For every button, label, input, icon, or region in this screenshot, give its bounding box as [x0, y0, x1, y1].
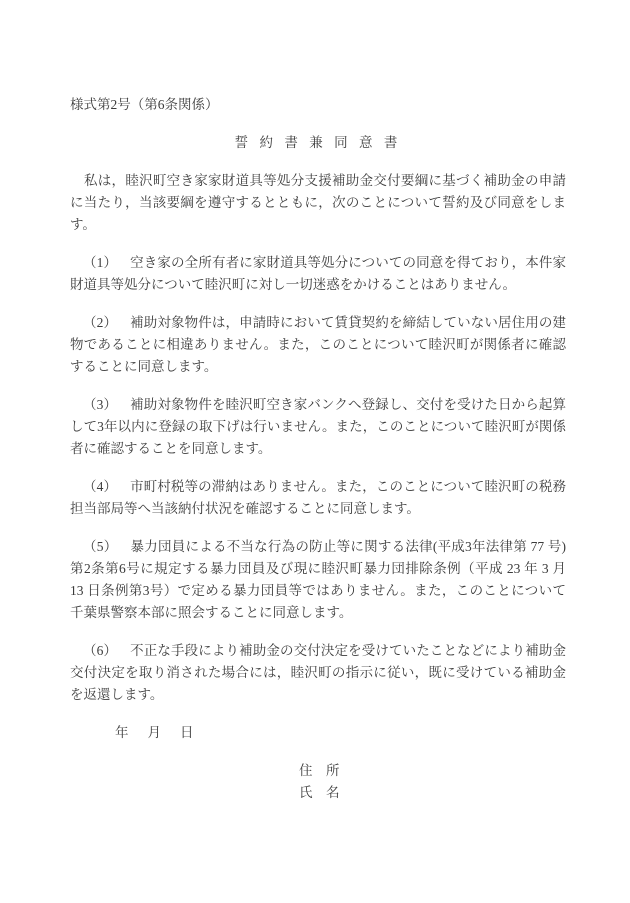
- name-label: 氏 名: [299, 782, 566, 804]
- pledge-item-5: （5）暴力団員による不当な行為の防止等に関する法律(平成3年法律第 77 号)第…: [70, 536, 566, 624]
- item-number: （1）: [83, 255, 130, 270]
- item-number: （2）: [83, 315, 130, 330]
- item-text: 市町村税等の滞納はありません。また，このことについて睦沢町の税務担当部局等へ当該…: [70, 479, 566, 516]
- item-number: （6）: [83, 643, 130, 658]
- day-label: 日: [180, 725, 194, 740]
- address-label: 住 所: [299, 760, 566, 782]
- document-title: 誓 約 書 兼 同 意 書: [70, 132, 566, 154]
- pledge-item-3: （3）補助対象物件を睦沢町空き家バンクへ登録し、交付を受けた日から起算して3年以…: [70, 394, 566, 460]
- item-text: 補助対象物件は，申請時において賃貸契約を締結していない居住用の建物であることに相…: [70, 315, 566, 374]
- document-page: 様式第2号（第6条関係） 誓 約 書 兼 同 意 書 私は，睦沢町空き家家財道具…: [0, 0, 630, 903]
- item-text: 空き家の全所有者に家財道具等処分についての同意を得ており，本件家財道具等処分につ…: [70, 255, 566, 292]
- date-line: 年月日: [115, 722, 566, 744]
- form-number: 様式第2号（第6条関係）: [70, 94, 566, 116]
- year-label: 年: [115, 725, 129, 740]
- item-number: （4）: [83, 479, 130, 494]
- intro-paragraph: 私は，睦沢町空き家家財道具等処分支援補助金交付要綱に基づく補助金の申請に当たり，…: [70, 170, 566, 236]
- pledge-item-6: （6）不正な手段により補助金の交付決定を受けていたことなどにより補助金交付決定を…: [70, 640, 566, 706]
- item-number: （5）: [83, 539, 130, 554]
- item-number: （3）: [83, 397, 130, 412]
- item-text: 暴力団員による不当な行為の防止等に関する法律(平成3年法律第 77 号)第2条第…: [70, 539, 566, 620]
- month-label: 月: [148, 725, 162, 740]
- pledge-item-1: （1）空き家の全所有者に家財道具等処分についての同意を得ており，本件家財道具等処…: [70, 252, 566, 296]
- item-text: 不正な手段により補助金の交付決定を受けていたことなどにより補助金交付決定を取り消…: [70, 643, 566, 702]
- signature-block: 住 所 氏 名: [299, 760, 566, 804]
- item-text: 補助対象物件を睦沢町空き家バンクへ登録し、交付を受けた日から起算して3年以内に登…: [70, 397, 566, 456]
- pledge-item-4: （4）市町村税等の滞納はありません。また，このことについて睦沢町の税務担当部局等…: [70, 476, 566, 520]
- pledge-item-2: （2）補助対象物件は，申請時において賃貸契約を締結していない居住用の建物であるこ…: [70, 312, 566, 378]
